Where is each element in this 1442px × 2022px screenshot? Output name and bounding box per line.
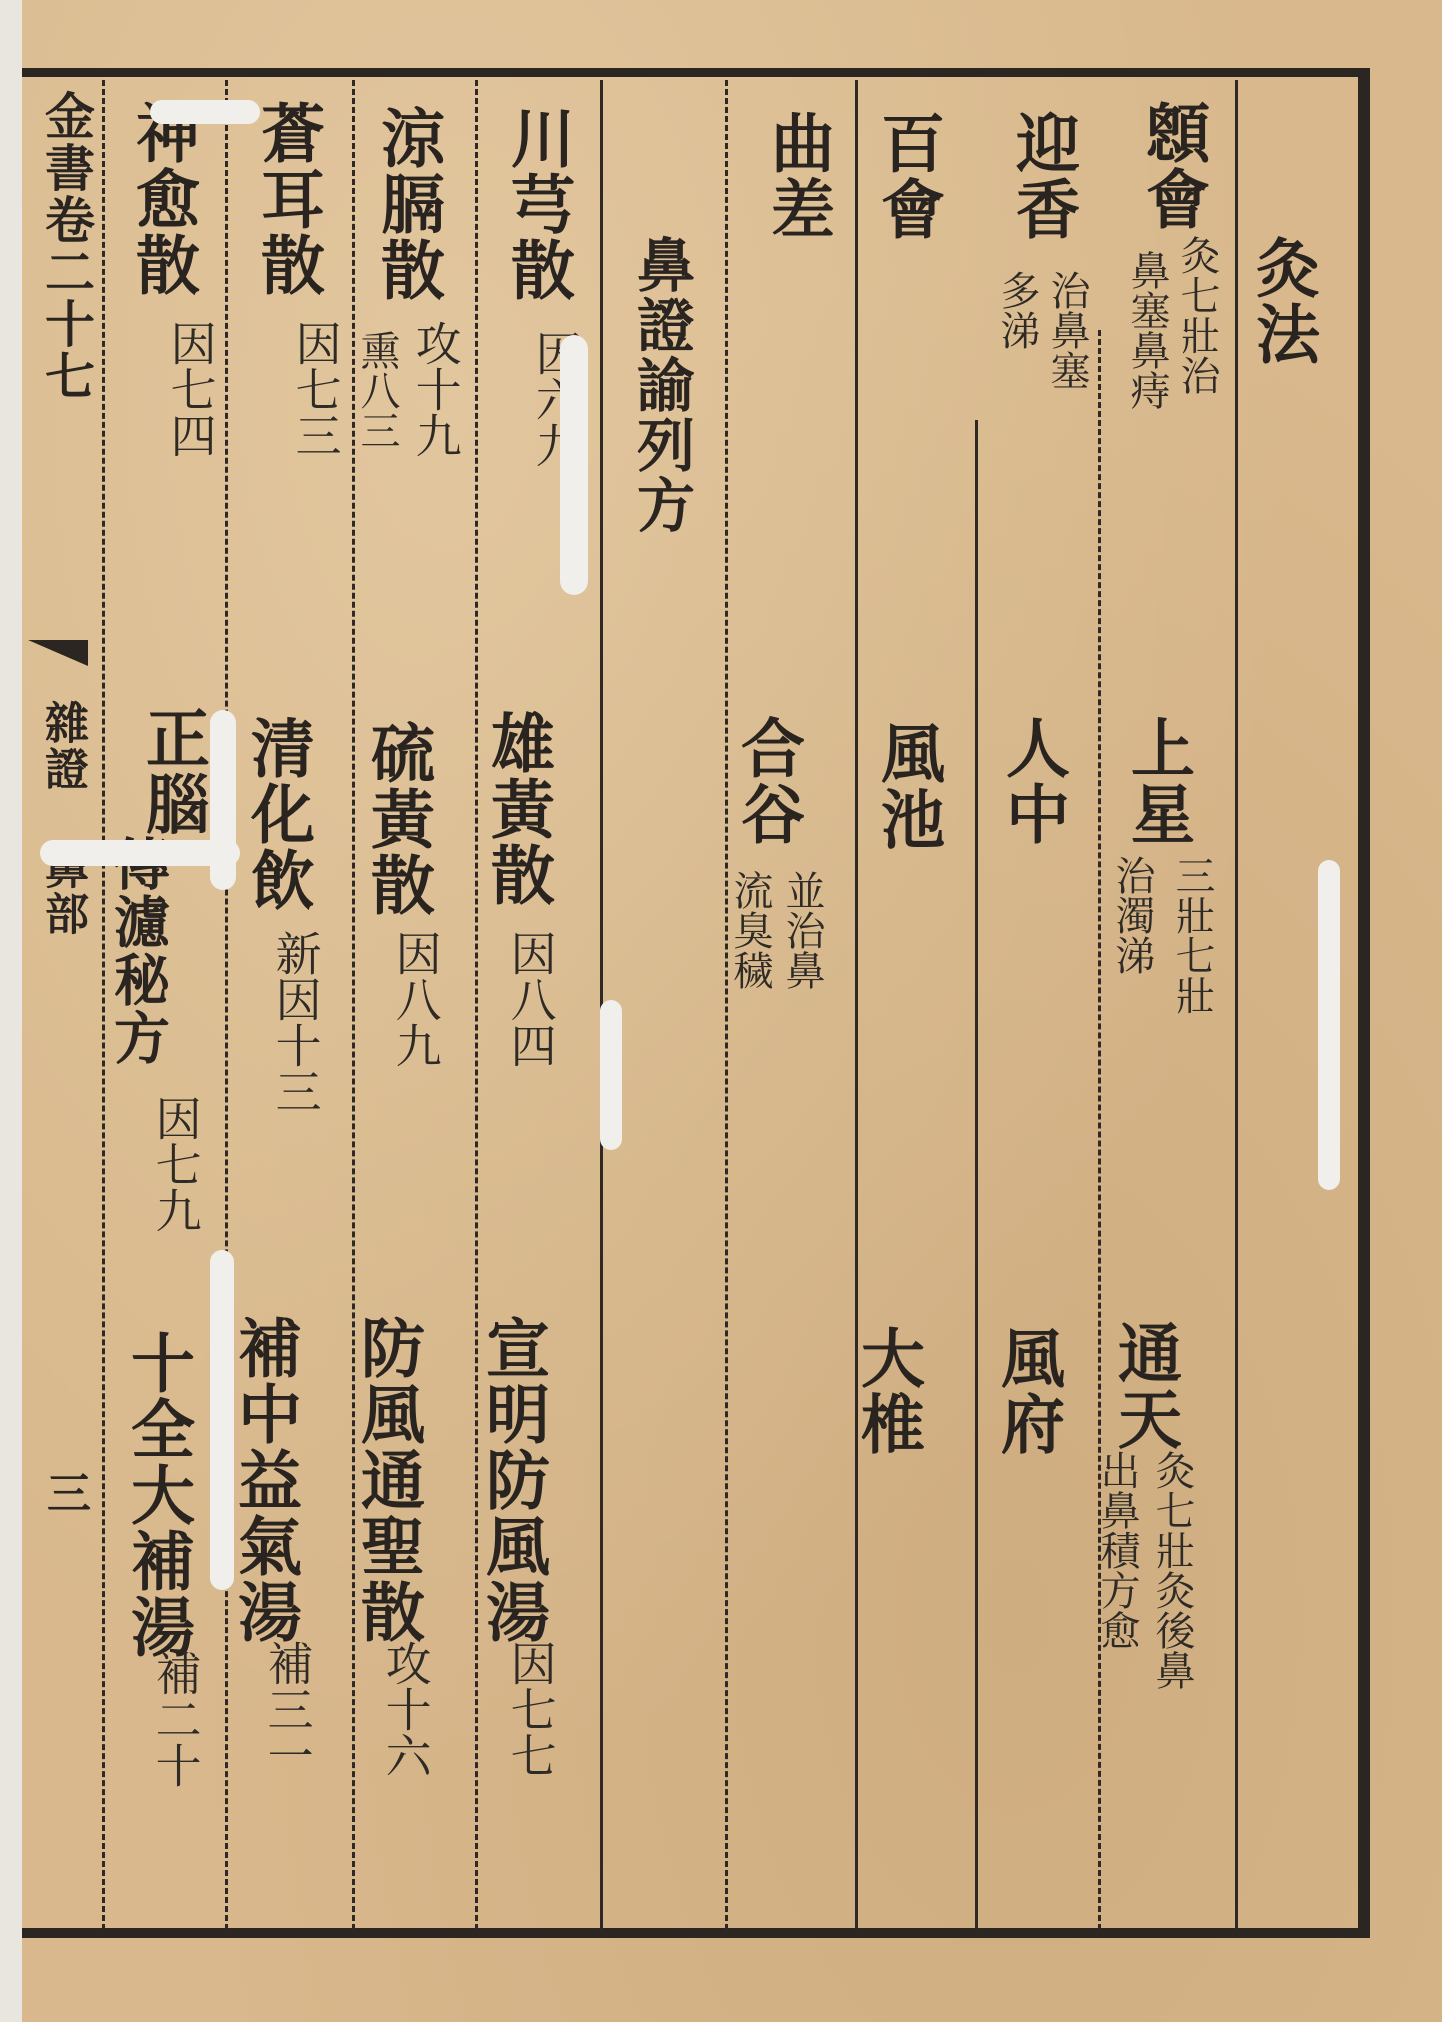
formula-name: 正腦 — [140, 705, 204, 837]
acupoint-note: 治濁涕 — [1110, 855, 1154, 975]
formula-reference: 攻十六 — [380, 1640, 431, 1778]
paper-damage — [600, 1000, 622, 1150]
acupoint-name: 合谷 — [735, 715, 799, 847]
formula-name: 傳濾秘方 — [110, 835, 166, 1067]
acupoint-note: 治鼻塞 — [1045, 270, 1089, 390]
acupoint-name: 百會 — [875, 110, 939, 242]
formula-reference: 補三一 — [262, 1640, 313, 1778]
section-heading-formulas: 鼻證諭列方 — [632, 235, 690, 535]
formula-name: 涼膈散 — [375, 105, 439, 303]
acupoint-note: 灸七壯灸後鼻 — [1150, 1450, 1194, 1690]
fishtail-mark-icon — [28, 640, 88, 666]
acupoint-name: 上星 — [1125, 715, 1189, 847]
acupoint-note: 流臭穢 — [728, 870, 772, 990]
formula-reference: 補二十 — [150, 1650, 201, 1788]
formula-reference: 攻十九 — [410, 320, 461, 458]
book-title: 金書卷二十七 — [30, 90, 102, 402]
formula-reference: 因七九 — [150, 1095, 201, 1233]
acupoint-note: 鼻塞鼻痔 — [1125, 250, 1169, 410]
column-rule — [725, 80, 728, 1930]
column-rule — [475, 80, 478, 1930]
acupoint-name: 人中 — [1000, 715, 1064, 847]
column-rule — [1098, 330, 1101, 1930]
acupoint-name: 曲差 — [765, 110, 829, 242]
formula-reference: 因八四 — [505, 930, 556, 1068]
paper-damage — [1318, 860, 1340, 1190]
column-rule — [225, 80, 228, 1930]
column-rule — [975, 420, 978, 1930]
formula-name: 清化飲 — [245, 715, 309, 913]
formula-reference: 因七七 — [505, 1640, 556, 1778]
column-rule — [1235, 80, 1238, 1930]
acupoint-note: 出鼻積方愈 — [1095, 1450, 1139, 1650]
formula-name: 雄黃散 — [485, 710, 549, 908]
section-heading-moxibustion: 灸法 — [1250, 235, 1314, 367]
column-rule — [855, 80, 858, 1930]
formula-name: 川芎散 — [505, 105, 569, 303]
acupoint-name: 大椎 — [855, 1325, 919, 1457]
formula-reference: 因七四 — [165, 320, 216, 458]
paper-damage — [560, 335, 588, 595]
acupoint-name: 風池 — [875, 720, 939, 852]
acupoint-name: 顖會 — [1140, 100, 1204, 232]
formula-name: 宣明防風湯 — [480, 1315, 544, 1645]
formula-reference: 因八九 — [390, 930, 441, 1068]
paper-damage — [40, 840, 240, 866]
formula-name: 補中益氣湯 — [232, 1315, 296, 1645]
paper-damage — [150, 100, 260, 124]
formula-name: 十全大補湯 — [125, 1330, 189, 1660]
formula-name: 防風通聖散 — [355, 1315, 419, 1645]
acupoint-name: 通天 — [1112, 1320, 1176, 1452]
formula-reference: 因七三 — [290, 320, 341, 458]
formula-name: 神愈散 — [130, 100, 194, 298]
formula-reference: 熏八三 — [355, 330, 399, 450]
acupoint-name: 風府 — [995, 1325, 1059, 1457]
formula-reference: 新因十三 — [270, 930, 321, 1114]
formula-name: 硫黃散 — [365, 720, 429, 918]
acupoint-note: 並治鼻 — [780, 870, 824, 990]
acupoint-note: 多涕 — [995, 270, 1039, 350]
acupoint-note: 三壯七壯 — [1170, 855, 1214, 1015]
formula-name: 蒼耳散 — [255, 100, 319, 298]
section-title: 雜證 鼻部 — [30, 700, 94, 937]
acupoint-note: 灸七壯治 — [1175, 235, 1219, 395]
paper-damage — [210, 1250, 234, 1590]
page-number: 三 — [32, 1470, 96, 1516]
acupoint-name: 迎香 — [1010, 110, 1074, 242]
